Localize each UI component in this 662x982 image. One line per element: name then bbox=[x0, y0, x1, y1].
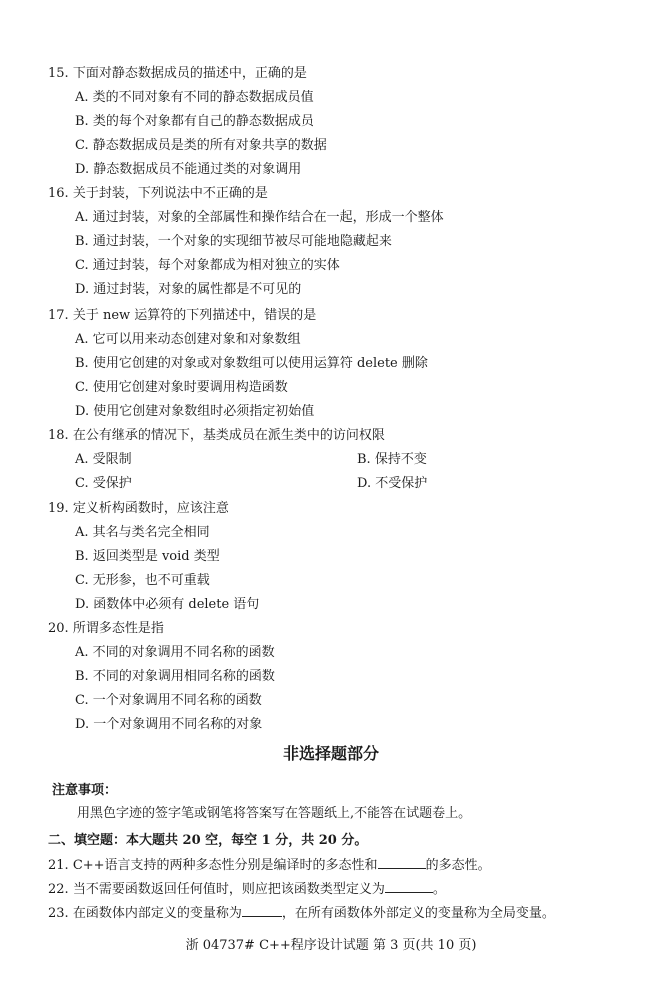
answer-blank[interactable] bbox=[378, 855, 426, 869]
question-18-stem: 18. 在公有继承的情况下，基类成员在派生类中的访问权限 bbox=[48, 427, 385, 445]
question-17-option-c: C. 使用它创建对象时要调用构造函数 bbox=[75, 379, 288, 397]
question-number: 23. bbox=[48, 906, 69, 921]
option-label: C. bbox=[75, 693, 89, 708]
question-19-option-b: B. 返回类型是 void 类型 bbox=[75, 548, 220, 566]
option-text: 受限制 bbox=[93, 452, 132, 467]
exam-page: 15. 下面对静态数据成员的描述中，正确的是 A. 类的不同对象有不同的静态数据… bbox=[0, 0, 662, 982]
option-label: A. bbox=[75, 332, 89, 347]
question-17-option-b: B. 使用它创建的对象或对象数组可以使用运算符 delete 删除 bbox=[75, 355, 428, 373]
question-18-option-c: C. 受保护 bbox=[75, 475, 132, 493]
question-15-option-c: C. 静态数据成员是类的所有对象共享的数据 bbox=[75, 137, 327, 155]
question-15-option-b: B. 类的每个对象都有自己的静态数据成员 bbox=[75, 113, 314, 131]
question-23: 23. 在函数体内部定义的变量称为，在所有函数体外部定义的变量称为全局变量。 bbox=[48, 903, 555, 923]
question-19-option-d: D. 函数体中必须有 delete 语句 bbox=[75, 596, 259, 614]
question-21: 21. C++语言支持的两种多态性分别是编译时的多态性和的多态性。 bbox=[48, 855, 491, 875]
option-text: 函数体中必须有 delete 语句 bbox=[93, 597, 259, 612]
question-20-option-b: B. 不同的对象调用相同名称的函数 bbox=[75, 668, 275, 686]
page-footer: 浙 04737# C++程序设计试题 第 3 页(共 10 页) bbox=[0, 934, 662, 953]
question-15-option-d: D. 静态数据成员不能通过类的对象调用 bbox=[75, 161, 301, 179]
question-17-stem: 17. 关于 new 运算符的下列描述中，错误的是 bbox=[48, 307, 316, 325]
option-label: A. bbox=[75, 645, 89, 660]
option-label: D. bbox=[75, 282, 89, 297]
question-text: 下面对静态数据成员的描述中，正确的是 bbox=[73, 66, 307, 81]
option-text: 无形参，也不可重载 bbox=[93, 573, 210, 588]
question-19-option-a: A. 其名与类名完全相同 bbox=[75, 524, 210, 542]
option-label: C. bbox=[75, 573, 89, 588]
question-number: 21. bbox=[48, 858, 69, 873]
question-16-stem: 16. 关于封装，下列说法中不正确的是 bbox=[48, 185, 268, 203]
option-text: 受保护 bbox=[93, 476, 132, 491]
option-text: 通过封装，对象的属性都是不可见的 bbox=[93, 282, 301, 297]
question-17-option-a: A. 它可以用来动态创建对象和对象数组 bbox=[75, 331, 301, 349]
option-label: D. bbox=[75, 717, 89, 732]
option-text: 不同的对象调用不同名称的函数 bbox=[93, 645, 275, 660]
option-text: 其名与类名完全相同 bbox=[93, 525, 210, 540]
question-15-stem: 15. 下面对静态数据成员的描述中，正确的是 bbox=[48, 65, 307, 83]
option-label: B. bbox=[75, 356, 89, 371]
option-text: 类的不同对象有不同的静态数据成员值 bbox=[93, 90, 314, 105]
question-16-option-d: D. 通过封装，对象的属性都是不可见的 bbox=[75, 281, 301, 299]
answer-blank[interactable] bbox=[242, 903, 282, 917]
option-text: 不同的对象调用相同名称的函数 bbox=[93, 669, 275, 684]
question-18-option-b: B. 保持不变 bbox=[357, 451, 427, 469]
question-text: 在公有继承的情况下，基类成员在派生类中的访问权限 bbox=[73, 428, 385, 443]
option-text: 静态数据成员是类的所有对象共享的数据 bbox=[93, 138, 327, 153]
question-text-before: 当不需要函数返回任何值时，则应把该函数类型定义为 bbox=[73, 882, 385, 897]
option-label: A. bbox=[75, 90, 89, 105]
option-text: 一个对象调用不同名称的对象 bbox=[93, 717, 262, 732]
question-19-stem: 19. 定义析构函数时，应该注意 bbox=[48, 500, 229, 518]
question-20-option-a: A. 不同的对象调用不同名称的函数 bbox=[75, 644, 275, 662]
question-16-option-c: C. 通过封装，每个对象都成为相对独立的实体 bbox=[75, 257, 340, 275]
question-number: 20. bbox=[48, 621, 69, 636]
option-label: B. bbox=[75, 549, 89, 564]
answer-blank[interactable] bbox=[385, 879, 433, 893]
question-18-option-a: A. 受限制 bbox=[75, 451, 132, 469]
option-label: D. bbox=[357, 476, 371, 491]
question-22: 22. 当不需要函数返回任何值时，则应把该函数类型定义为。 bbox=[48, 879, 446, 899]
option-label: C. bbox=[75, 380, 89, 395]
option-label: A. bbox=[75, 525, 89, 540]
option-label: C. bbox=[75, 258, 89, 273]
option-text: 不受保护 bbox=[375, 476, 427, 491]
question-text-after: 的多态性。 bbox=[426, 858, 491, 873]
question-number: 15. bbox=[48, 66, 69, 81]
option-text: 通过封装，一个对象的实现细节被尽可能地隐藏起来 bbox=[93, 234, 392, 249]
notice-body: 用黑色字迹的签字笔或钢笔将答案写在答题纸上,不能答在试题卷上。 bbox=[77, 802, 471, 821]
option-text: 类的每个对象都有自己的静态数据成员 bbox=[93, 114, 314, 129]
option-label: B. bbox=[75, 114, 89, 129]
question-text-before: C++语言支持的两种多态性分别是编译时的多态性和 bbox=[73, 858, 378, 873]
option-text: 使用它创建对象时要调用构造函数 bbox=[93, 380, 288, 395]
part-two-title: 二、填空题：本大题共 20 空，每空 1 分，共 20 分。 bbox=[48, 829, 367, 848]
option-label: A. bbox=[75, 452, 89, 467]
question-number: 17. bbox=[48, 308, 69, 323]
option-label: D. bbox=[75, 404, 89, 419]
option-text: 一个对象调用不同名称的函数 bbox=[93, 693, 262, 708]
option-label: D. bbox=[75, 162, 89, 177]
question-text-after: 。 bbox=[433, 882, 446, 897]
question-text: 定义析构函数时，应该注意 bbox=[73, 501, 229, 516]
option-label: B. bbox=[75, 669, 89, 684]
question-18-option-d: D. 不受保护 bbox=[357, 475, 427, 493]
option-text: 返回类型是 void 类型 bbox=[93, 549, 220, 564]
option-label: B. bbox=[357, 452, 371, 467]
question-number: 18. bbox=[48, 428, 69, 443]
option-label: B. bbox=[75, 234, 89, 249]
option-label: C. bbox=[75, 138, 89, 153]
option-text: 通过封装，每个对象都成为相对独立的实体 bbox=[93, 258, 340, 273]
option-label: D. bbox=[75, 597, 89, 612]
option-text: 它可以用来动态创建对象和对象数组 bbox=[93, 332, 301, 347]
question-16-option-b: B. 通过封装，一个对象的实现细节被尽可能地隐藏起来 bbox=[75, 233, 392, 251]
question-15-option-a: A. 类的不同对象有不同的静态数据成员值 bbox=[75, 89, 314, 107]
option-text: 静态数据成员不能通过类的对象调用 bbox=[93, 162, 301, 177]
question-16-option-a: A. 通过封装，对象的全部属性和操作结合在一起，形成一个整体 bbox=[75, 209, 444, 227]
question-number: 16. bbox=[48, 186, 69, 201]
question-text: 所谓多态性是指 bbox=[73, 621, 164, 636]
notice-title: 注意事项： bbox=[52, 779, 117, 798]
question-20-stem: 20. 所谓多态性是指 bbox=[48, 620, 164, 638]
question-text-before: 在函数体内部定义的变量称为 bbox=[73, 906, 242, 921]
option-text: 使用它创建的对象或对象数组可以使用运算符 delete 删除 bbox=[93, 356, 428, 371]
option-label: A. bbox=[75, 210, 89, 225]
section-title: 非选择题部分 bbox=[0, 741, 662, 764]
question-number: 22. bbox=[48, 882, 69, 897]
option-text: 使用它创建对象数组时必须指定初始值 bbox=[93, 404, 314, 419]
question-text-after: ，在所有函数体外部定义的变量称为全局变量。 bbox=[282, 906, 555, 921]
option-text: 通过封装，对象的全部属性和操作结合在一起，形成一个整体 bbox=[93, 210, 444, 225]
question-number: 19. bbox=[48, 501, 69, 516]
option-label: C. bbox=[75, 476, 89, 491]
question-20-option-c: C. 一个对象调用不同名称的函数 bbox=[75, 692, 262, 710]
question-text: 关于封装，下列说法中不正确的是 bbox=[73, 186, 268, 201]
question-text: 关于 new 运算符的下列描述中，错误的是 bbox=[73, 308, 316, 323]
option-text: 保持不变 bbox=[375, 452, 427, 467]
question-19-option-c: C. 无形参，也不可重载 bbox=[75, 572, 210, 590]
question-20-option-d: D. 一个对象调用不同名称的对象 bbox=[75, 716, 262, 734]
question-17-option-d: D. 使用它创建对象数组时必须指定初始值 bbox=[75, 403, 314, 421]
